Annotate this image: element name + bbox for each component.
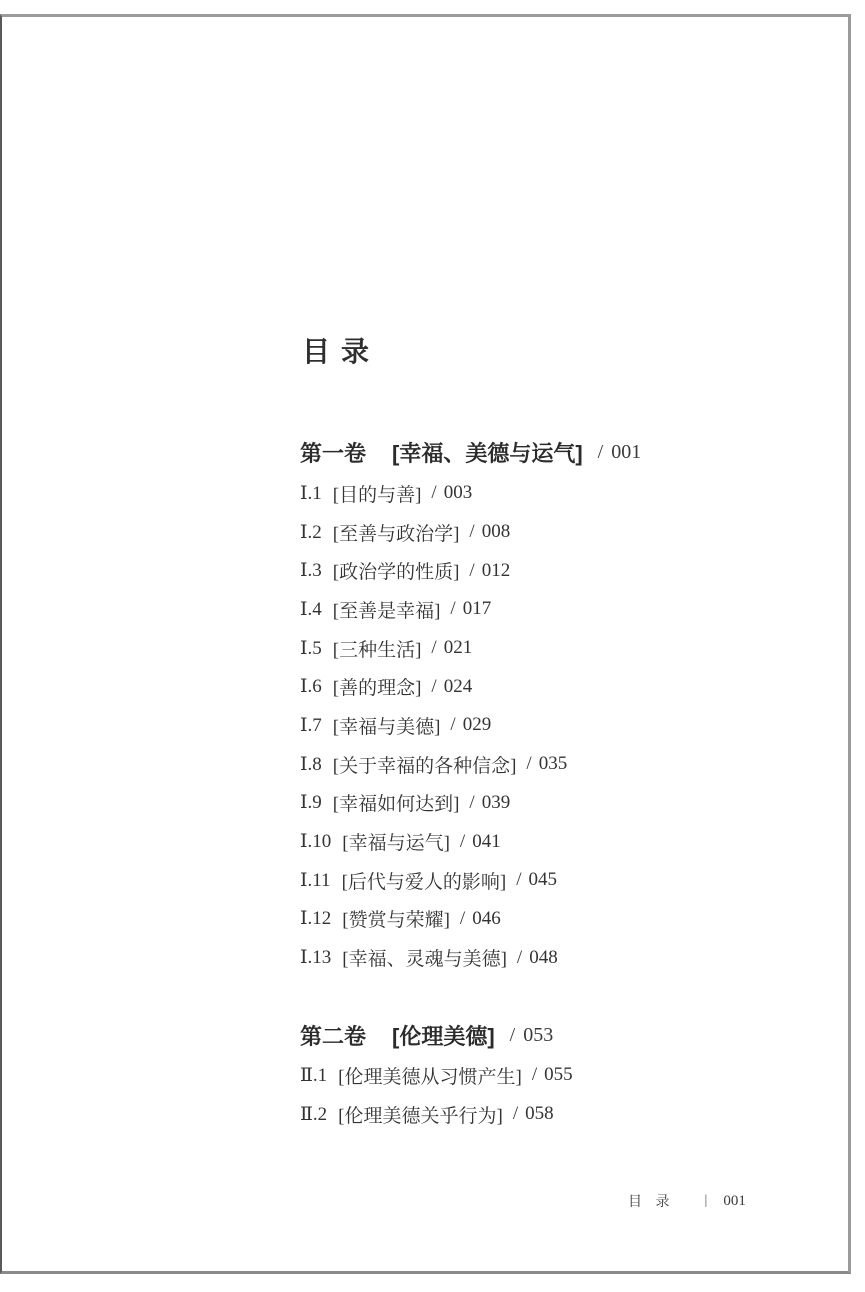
page-separator: / — [469, 560, 474, 582]
entry-title: [幸福与美德] — [333, 712, 441, 739]
page-separator: / — [510, 1024, 516, 1047]
page-separator: / — [469, 521, 474, 543]
toc-entry: Ⅰ.9 [幸福如何达到] / 039 — [300, 784, 567, 823]
page-separator: / — [431, 482, 436, 504]
entry-number: Ⅰ.7 — [300, 714, 322, 737]
footer-separator: | — [705, 1193, 708, 1209]
entry-page-number: 035 — [539, 753, 568, 775]
page-separator: / — [532, 1064, 537, 1086]
entry-title: [幸福如何达到] — [333, 789, 460, 816]
page-separator: / — [460, 908, 465, 930]
toc-entry: Ⅰ.10 [幸福与运气] / 041 — [300, 822, 567, 861]
page-footer: 目 录 | 001 — [628, 1191, 746, 1211]
section-heading-volume-2: 第二卷 [伦理美德] / 053 — [300, 1023, 553, 1047]
entry-page-number: 048 — [529, 947, 558, 969]
section-page-number: 053 — [523, 1024, 553, 1047]
entry-number: Ⅰ.8 — [300, 753, 322, 776]
page-title: 目 录 — [302, 330, 371, 370]
toc-entries-volume-2: Ⅱ.1 [伦理美德从习惯产生] / 055 Ⅱ.2 [伦理美德关乎行为] / 0… — [300, 1056, 573, 1133]
entry-number: Ⅰ.4 — [300, 598, 322, 621]
entry-title: [善的理念] — [333, 673, 422, 700]
section-page-number: 001 — [611, 441, 641, 464]
entry-page-number: 021 — [444, 637, 473, 659]
toc-entry: Ⅰ.13 [幸福、灵魂与美德] / 048 — [300, 938, 567, 977]
entry-title: [幸福、灵魂与美德] — [342, 944, 507, 971]
toc-entry: Ⅰ.3 [政治学的性质] / 012 — [300, 551, 567, 590]
page-separator: / — [516, 869, 521, 891]
page-separator: / — [460, 831, 465, 853]
entry-number: Ⅰ.9 — [300, 791, 322, 814]
toc-entries-volume-1: Ⅰ.1 [目的与善] / 003 Ⅰ.2 [至善与政治学] / 008 Ⅰ.3 … — [300, 474, 567, 977]
page-separator: / — [431, 676, 436, 698]
entry-title: [三种生活] — [333, 635, 422, 662]
entry-page-number: 003 — [444, 482, 473, 504]
entry-title: [至善与政治学] — [333, 519, 460, 546]
toc-entry: Ⅰ.12 [赞赏与荣耀] / 046 — [300, 900, 567, 939]
entry-title: [伦理美德关乎行为] — [338, 1101, 503, 1128]
entry-page-number: 039 — [482, 792, 511, 814]
section-heading-volume-1: 第一卷 [幸福、美德与运气] / 001 — [300, 440, 641, 464]
entry-number: Ⅰ.2 — [300, 521, 322, 544]
entry-title: [目的与善] — [333, 480, 422, 507]
entry-page-number: 008 — [482, 521, 511, 543]
toc-entry: Ⅰ.4 [至善是幸福] / 017 — [300, 590, 567, 629]
page-separator: / — [469, 792, 474, 814]
section-title: [幸福、美德与运气] — [392, 437, 583, 468]
entry-title: [伦理美德从习惯产生] — [338, 1062, 522, 1089]
toc-entry: Ⅰ.6 [善的理念] / 024 — [300, 667, 567, 706]
entry-number: Ⅰ.1 — [300, 482, 322, 505]
entry-page-number: 012 — [482, 560, 511, 582]
footer-section-label: 目 录 — [628, 1191, 675, 1211]
toc-entry: Ⅰ.1 [目的与善] / 003 — [300, 474, 567, 513]
section-number: 第一卷 — [300, 437, 366, 468]
page-separator: / — [526, 753, 531, 775]
entry-page-number: 017 — [463, 598, 492, 620]
toc-entry: Ⅰ.11 [后代与爱人的影响] / 045 — [300, 861, 567, 900]
page-separator: / — [513, 1103, 518, 1125]
page-separator: / — [450, 598, 455, 620]
section-title: [伦理美德] — [392, 1020, 495, 1051]
entry-page-number: 046 — [472, 908, 501, 930]
footer-page-number: 001 — [723, 1193, 746, 1210]
entry-number: Ⅰ.12 — [300, 907, 331, 930]
entry-number: Ⅰ.10 — [300, 830, 331, 853]
entry-title: [幸福与运气] — [342, 828, 450, 855]
toc-entry: Ⅰ.2 [至善与政治学] / 008 — [300, 513, 567, 552]
entry-page-number: 055 — [544, 1064, 573, 1086]
toc-entry: Ⅰ.7 [幸福与美德] / 029 — [300, 706, 567, 745]
entry-title: [政治学的性质] — [333, 557, 460, 584]
entry-number: Ⅰ.6 — [300, 675, 322, 698]
page-separator: / — [598, 441, 604, 464]
entry-page-number: 045 — [529, 869, 558, 891]
entry-title: [至善是幸福] — [333, 596, 441, 623]
entry-page-number: 029 — [463, 714, 492, 736]
entry-number: Ⅱ.1 — [300, 1064, 327, 1087]
entry-number: Ⅰ.11 — [300, 869, 331, 892]
toc-entry: Ⅱ.2 [伦理美德关乎行为] / 058 — [300, 1095, 573, 1134]
page-separator: / — [450, 714, 455, 736]
entry-number: Ⅰ.13 — [300, 946, 331, 969]
entry-number: Ⅱ.2 — [300, 1103, 327, 1126]
section-number: 第二卷 — [300, 1020, 366, 1051]
entry-page-number: 024 — [444, 676, 473, 698]
toc-entry: Ⅰ.8 [关于幸福的各种信念] / 035 — [300, 745, 567, 784]
toc-entry: Ⅰ.5 [三种生活] / 021 — [300, 629, 567, 668]
page-separator: / — [517, 947, 522, 969]
page-separator: / — [431, 637, 436, 659]
entry-page-number: 041 — [472, 831, 501, 853]
entry-title: [后代与爱人的影响] — [342, 867, 507, 894]
entry-title: [关于幸福的各种信念] — [333, 751, 517, 778]
entry-title: [赞赏与荣耀] — [342, 905, 450, 932]
entry-page-number: 058 — [525, 1103, 554, 1125]
entry-number: Ⅰ.3 — [300, 559, 322, 582]
toc-entry: Ⅱ.1 [伦理美德从习惯产生] / 055 — [300, 1056, 573, 1095]
entry-number: Ⅰ.5 — [300, 637, 322, 660]
